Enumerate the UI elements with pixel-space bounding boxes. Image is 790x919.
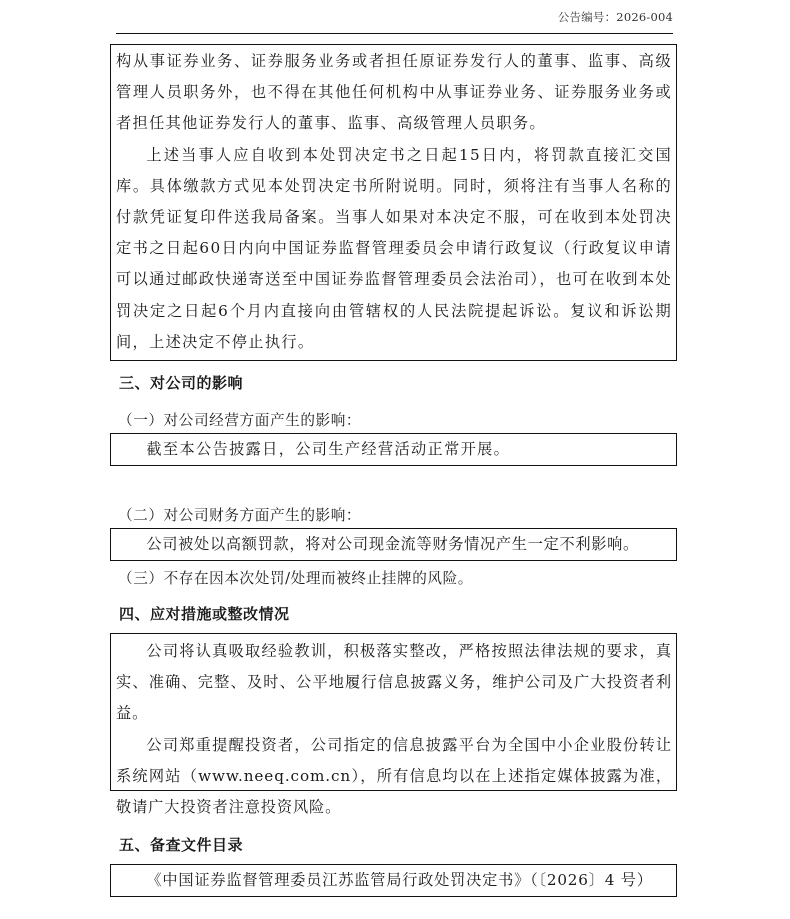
penalty-paragraph-1: 构从事证券业务、证券服务业务或者担任原证券发行人的董事、监事、高级管理人员职务外… [111,45,676,140]
penalty-details-box: 构从事证券业务、证券服务业务或者担任原证券发行人的董事、监事、高级管理人员职务外… [110,44,677,361]
header-divider [116,33,673,34]
section3-item1-label: （一）对公司经营方面产生的影响： [118,409,361,430]
penalty-paragraph-2: 上述当事人应自收到本处罚决定书之日起15日内，将罚款直接汇交国库。具体缴款方式见… [111,140,676,358]
financial-impact-text: 公司被处以高额罚款，将对公司现金流等财务情况产生一定不利影响。 [111,529,676,559]
operations-impact-box: 截至本公告披露日，公司生产经营活动正常开展。 [110,433,677,466]
section3-title: 三、对公司的影响 [119,372,243,393]
announcement-number: 公告编号：2026-004 [558,9,673,25]
financial-impact-box: 公司被处以高额罚款，将对公司现金流等财务情况产生一定不利影响。 [110,528,677,561]
reference-document-1: 《中国证券监督管理委员江苏监管局行政处罚决定书》（〔2026〕4 号） [111,865,676,895]
section5-title: 五、备查文件目录 [119,834,243,855]
remediation-box: 公司将认真吸取经验教训，积极落实整改，严格按照法律法规的要求，真实、准确、完整、… [110,633,677,791]
remediation-paragraph-2: 公司郑重提醒投资者，公司指定的信息披露平台为全国中小企业股份转让系统网站（www… [111,730,676,824]
operations-impact-text: 截至本公告披露日，公司生产经营活动正常开展。 [111,434,676,464]
reference-documents-box: 《中国证券监督管理委员江苏监管局行政处罚决定书》（〔2026〕4 号） [110,864,677,897]
section3-item2-label: （二）对公司财务方面产生的影响： [118,504,361,525]
section4-title: 四、应对措施或整改情况 [119,603,290,624]
remediation-paragraph-1: 公司将认真吸取经验教训，积极落实整改，严格按照法律法规的要求，真实、准确、完整、… [111,636,676,730]
section3-item3-text: （三）不存在因本次处罚/处理而被终止挂牌的风险。 [118,567,473,588]
